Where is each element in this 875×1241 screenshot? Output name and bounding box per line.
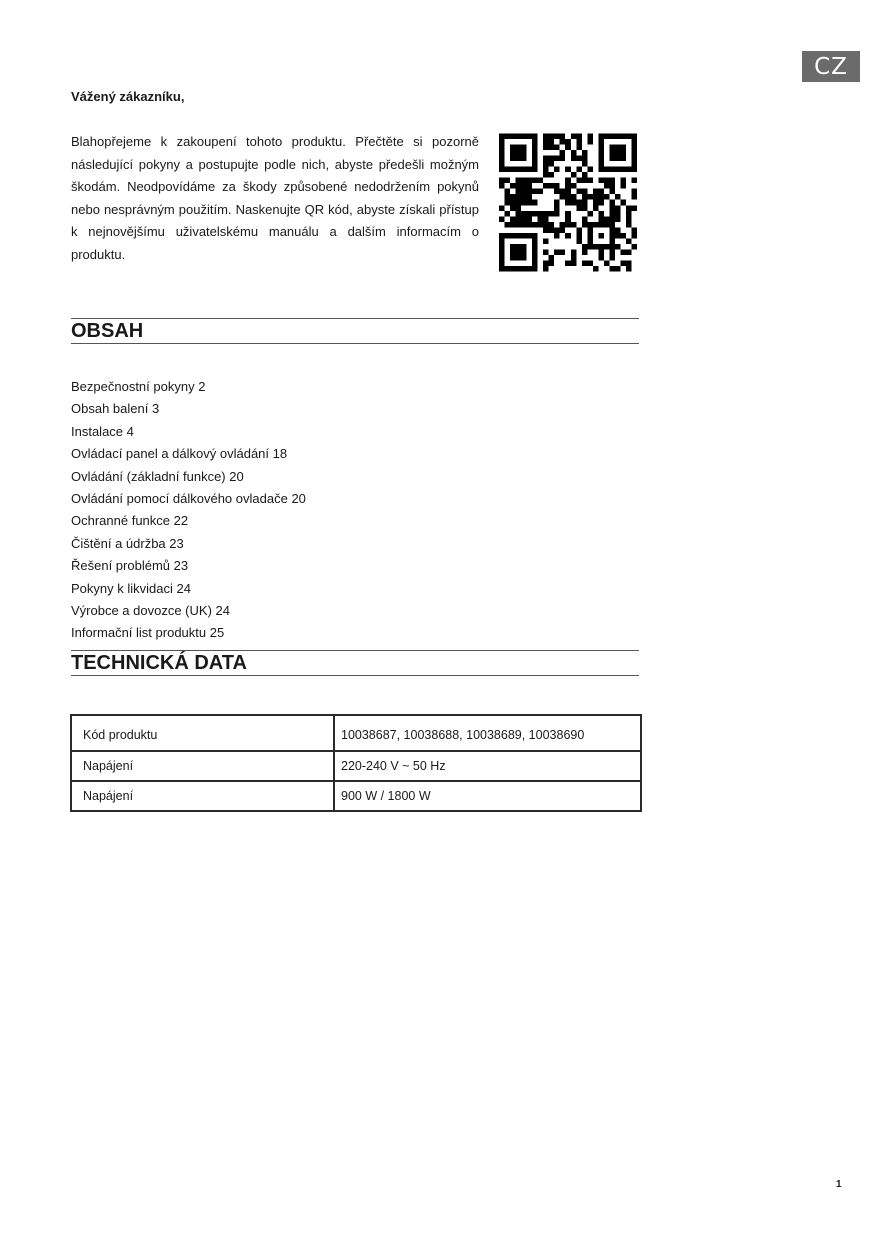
technical-data-heading: TECHNICKÁ DATA (71, 650, 639, 676)
spec-key: Kód produktu (71, 715, 334, 751)
contents-heading: OBSAH (71, 318, 639, 344)
toc-item[interactable]: Pokyny k likvidaci 24 (71, 578, 306, 600)
technical-data-table: Kód produktu10038687, 10038688, 10038689… (70, 714, 642, 812)
toc-item[interactable]: Výrobce a dovozce (UK) 24 (71, 600, 306, 622)
toc-item[interactable]: Ovládací panel a dálkový ovládání 18 (71, 443, 306, 465)
toc-item-page: 24 (177, 581, 191, 596)
spec-value: 900 W / 1800 W (334, 781, 641, 811)
toc-item-page: 20 (229, 469, 243, 484)
toc-item-label: Výrobce a dovozce (UK) (71, 603, 212, 618)
table-row: Napájení900 W / 1800 W (71, 781, 641, 811)
toc-item[interactable]: Čištění a údržba 23 (71, 533, 306, 555)
toc-item-label: Instalace (71, 424, 123, 439)
toc-item[interactable]: Informační list produktu 25 (71, 622, 306, 644)
qr-code-icon[interactable] (499, 133, 637, 272)
toc-item-label: Ovládání (základní funkce) (71, 469, 226, 484)
toc-item-page: 24 (216, 603, 230, 618)
toc-item[interactable]: Obsah balení 3 (71, 398, 306, 420)
table-of-contents: Bezpečnostní pokyny 2Obsah balení 3Insta… (71, 376, 306, 645)
toc-item-label: Ovládání pomocí dálkového ovladače (71, 491, 288, 506)
greeting: Vážený zákazníku, (71, 89, 184, 104)
toc-item-page: 22 (174, 513, 188, 528)
toc-item-page: 4 (127, 424, 134, 439)
spec-key: Napájení (71, 781, 334, 811)
toc-item-page: 23 (174, 558, 188, 573)
toc-item-label: Bezpečnostní pokyny (71, 379, 195, 394)
toc-item-label: Ochranné funkce (71, 513, 170, 528)
toc-item-label: Pokyny k likvidaci (71, 581, 173, 596)
language-badge: CZ (802, 51, 860, 82)
toc-item[interactable]: Instalace 4 (71, 421, 306, 443)
spec-value: 10038687, 10038688, 10038689, 10038690 (334, 715, 641, 751)
toc-item-label: Čištění a údržba (71, 536, 166, 551)
intro-paragraph: Blahopřejeme k zakoupení tohoto produktu… (71, 131, 479, 267)
spec-key: Napájení (71, 751, 334, 781)
toc-item[interactable]: Řešení problémů 23 (71, 555, 306, 577)
page-number: 1 (836, 1179, 842, 1190)
toc-item-page: 20 (291, 491, 305, 506)
toc-item[interactable]: Ovládání pomocí dálkového ovladače 20 (71, 488, 306, 510)
toc-item-page: 3 (152, 401, 159, 416)
toc-item-label: Informační list produktu (71, 625, 206, 640)
toc-item[interactable]: Bezpečnostní pokyny 2 (71, 376, 306, 398)
toc-item-page: 2 (198, 379, 205, 394)
toc-item-page: 25 (210, 625, 224, 640)
spec-value: 220-240 V ~ 50 Hz (334, 751, 641, 781)
toc-item-label: Obsah balení (71, 401, 148, 416)
table-row: Kód produktu10038687, 10038688, 10038689… (71, 715, 641, 751)
toc-item-page: 18 (273, 446, 287, 461)
toc-item-label: Řešení problémů (71, 558, 170, 573)
table-row: Napájení220-240 V ~ 50 Hz (71, 751, 641, 781)
toc-item-label: Ovládací panel a dálkový ovládání (71, 446, 269, 461)
toc-item-page: 23 (169, 536, 183, 551)
toc-item[interactable]: Ochranné funkce 22 (71, 510, 306, 532)
toc-item[interactable]: Ovládání (základní funkce) 20 (71, 466, 306, 488)
